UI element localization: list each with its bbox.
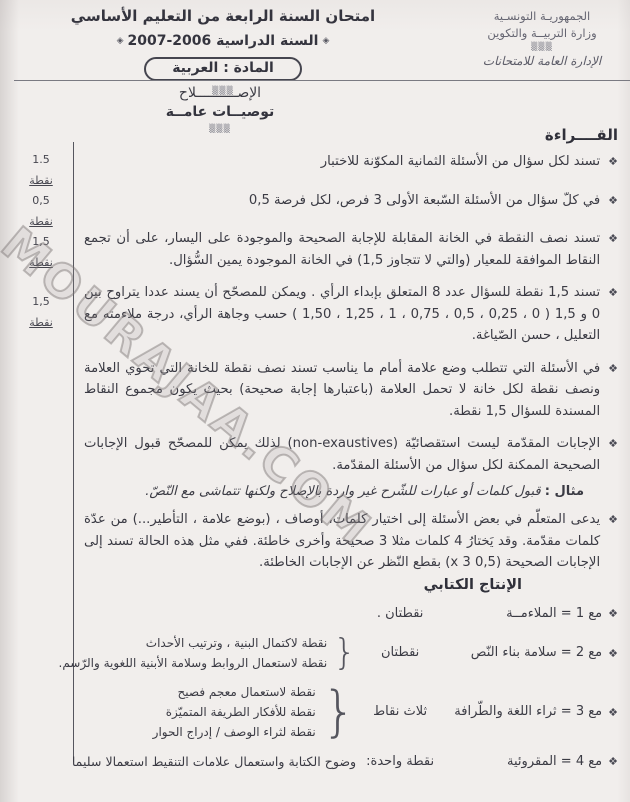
- margin-score-note: 1,5 نقطة: [16, 235, 66, 269]
- criterion-description: وضوح الكتابة واستعمال علامات التنقيط است…: [56, 752, 356, 772]
- criterion-label: مع 2 = سلامة بناء النّص: [444, 643, 602, 663]
- exam-title-block: امتحان السنة الرابعة من التعليم الأساسي …: [62, 7, 384, 95]
- score-value: 1,5: [32, 295, 50, 308]
- list-item-text: في كلّ سؤال من الأسئلة السّبعة الأولى 3 …: [84, 190, 600, 212]
- criterion-label: مع 3 = ثراء اللغة والطّرافة: [444, 702, 602, 722]
- writing-heading: الإنتاج الكتابي: [56, 577, 522, 593]
- scanned-exam-correction-page: الجمهوريـة التونسـية وزارة التربيــة وال…: [0, 0, 630, 802]
- criterion-detail: نقطة لاكتمال البنية ، وترتيب الأحداث: [56, 633, 327, 653]
- bullet-icon: ❖: [608, 433, 618, 476]
- criterion-label: مع 4 = المقروئية: [444, 752, 602, 772]
- list-item-text: يدعى المتعلّم في بعض الأسئلة إلى اختيار …: [84, 509, 600, 574]
- criterion-row: ❖ مع 4 = المقروئية نقطة واحدة: وضوح الكت…: [56, 751, 618, 772]
- reading-heading: القــــراءة: [84, 126, 618, 144]
- score-unit: نقطة: [16, 174, 66, 187]
- list-item: ❖ تسند 1,5 نقطة للسؤال عدد 8 المتعلق بإب…: [84, 282, 618, 347]
- ornament: ▒▒▒: [458, 42, 626, 51]
- writing-section: الإنتاج الكتابي ❖ مع 1 = الملاءمــة نقطت…: [56, 577, 618, 781]
- criterion-details: نقطة لاكتمال البنية ، وترتيب الأحداث نقط…: [56, 633, 327, 673]
- star-icon: ◈: [318, 36, 333, 46]
- list-item-text: في الأسئلة التي تتطلب وضع علامة أمام ما …: [84, 358, 600, 423]
- school-year-text: السنة الدراسية 2006‏-‏2007: [128, 33, 319, 49]
- bullet-icon: ❖: [608, 509, 618, 574]
- header-divider: [14, 80, 630, 81]
- margin-score-note: 1.5 نقطة: [16, 153, 66, 187]
- list-item-text: تسند نصف النقطة في الخانة المقابلة للإجا…: [84, 228, 600, 271]
- star-icon: ◈: [113, 36, 128, 46]
- list-item: ❖ في الأسئلة التي تتطلب وضع علامة أمام م…: [84, 358, 618, 423]
- list-item: ❖ يدعى المتعلّم في بعض الأسئلة إلى اختيا…: [84, 509, 618, 574]
- brace-icon: }: [333, 635, 356, 671]
- bullet-icon: ❖: [608, 190, 618, 212]
- list-item-text: تسند 1,5 نقطة للسؤال عدد 8 المتعلق بإبدا…: [84, 282, 600, 347]
- criterion-detail: نقطة لاستعمال الروابط وسلامة الأبنية الل…: [56, 653, 327, 673]
- criterion-details: نقطة لاستعمال معجم فصيح نقطة للأفكار الط…: [56, 682, 316, 742]
- criterion-points: نقطتان: [362, 643, 438, 663]
- score-unit: نقطة: [16, 316, 66, 329]
- list-item: ❖ الإجابات المقدّمة ليست استقصائيّة (non…: [84, 433, 618, 476]
- reading-section: القــــراءة ❖ تسند لكل سؤال من الأسئلة ا…: [84, 126, 618, 585]
- subject-box: المادة : العربية: [144, 57, 302, 81]
- brace-icon: }: [322, 685, 356, 739]
- score-value: 1.5: [32, 153, 50, 166]
- list-item-text: الإجابات المقدّمة ليست استقصائيّة (non-e…: [84, 433, 600, 476]
- criterion-points: نقطتان .: [362, 604, 438, 624]
- bullet-icon: ❖: [608, 702, 618, 723]
- list-item-text: تسند لكل سؤال من الأسئلة الثمانية المكوّ…: [84, 151, 600, 173]
- criterion-label: مع 1 = الملاءمــة: [444, 604, 602, 624]
- list-item: ❖ تسند نصف النقطة في الخانة المقابلة للإ…: [84, 228, 618, 271]
- bullet-icon: ❖: [608, 151, 618, 173]
- score-unit: نقطة: [16, 215, 66, 228]
- criterion-points: نقطة واحدة:: [362, 752, 438, 772]
- criterion-row: ❖ مع 1 = الملاءمــة نقطتان .: [56, 603, 618, 624]
- margin-score-note: 1,5 نقطة: [16, 295, 66, 329]
- criterion-row: ❖ مع 3 = ثراء اللغة والطّرافة ثلاث نقاط …: [56, 682, 618, 742]
- school-year-line: ◈السنة الدراسية 2006‏-‏2007◈: [62, 33, 384, 49]
- ministry-block: الجمهوريـة التونسـية وزارة التربيــة وال…: [458, 8, 626, 70]
- ministry-name: وزارة التربيــة والتكوين: [458, 25, 626, 42]
- criterion-points: ثلاث نقاط: [362, 702, 438, 722]
- list-item: ❖ تسند لكل سؤال من الأسئلة الثمانية المك…: [84, 151, 618, 173]
- score-value: 0,5: [32, 194, 50, 207]
- margin-score-note: 0,5 نقطة: [16, 194, 66, 228]
- score-value: 1,5: [32, 235, 50, 248]
- criterion-detail: نقطة لثراء الوصف / إدراج الحوار: [56, 722, 316, 742]
- bullet-icon: ❖: [608, 282, 618, 347]
- bullet-icon: ❖: [608, 603, 618, 624]
- country-name: الجمهوريـة التونسـية: [458, 8, 626, 25]
- correction-heading: الإصــــــــــلاح: [158, 85, 282, 101]
- example-text: قبول كلمات أو عبارات للشّرح غير واردة با…: [145, 484, 540, 499]
- bullet-icon: ❖: [608, 751, 618, 772]
- list-item: ❖ في كلّ سؤال من الأسئلة السّبعة الأولى …: [84, 190, 618, 212]
- example-label: مثال :: [545, 484, 584, 499]
- criterion-detail: نقطة للأفكار الطريفة المتميّزة: [56, 702, 316, 722]
- department-name: الإدارة العامة للامتحانات: [458, 53, 626, 70]
- criterion-row: ❖ مع 2 = سلامة بناء النّص نقطتان } نقطة …: [56, 633, 618, 673]
- bullet-icon: ❖: [608, 358, 618, 423]
- score-unit: نقطة: [16, 256, 66, 269]
- bullet-icon: ❖: [608, 228, 618, 271]
- criterion-detail: نقطة لاستعمال معجم فصيح: [56, 682, 316, 702]
- bullet-icon: ❖: [608, 643, 618, 664]
- recommendations-heading: توصيــات عامــة: [148, 104, 292, 120]
- exam-title: امتحان السنة الرابعة من التعليم الأساسي: [62, 7, 384, 25]
- example-note: مثال : قبول كلمات أو عبارات للشّرح غير و…: [84, 482, 584, 502]
